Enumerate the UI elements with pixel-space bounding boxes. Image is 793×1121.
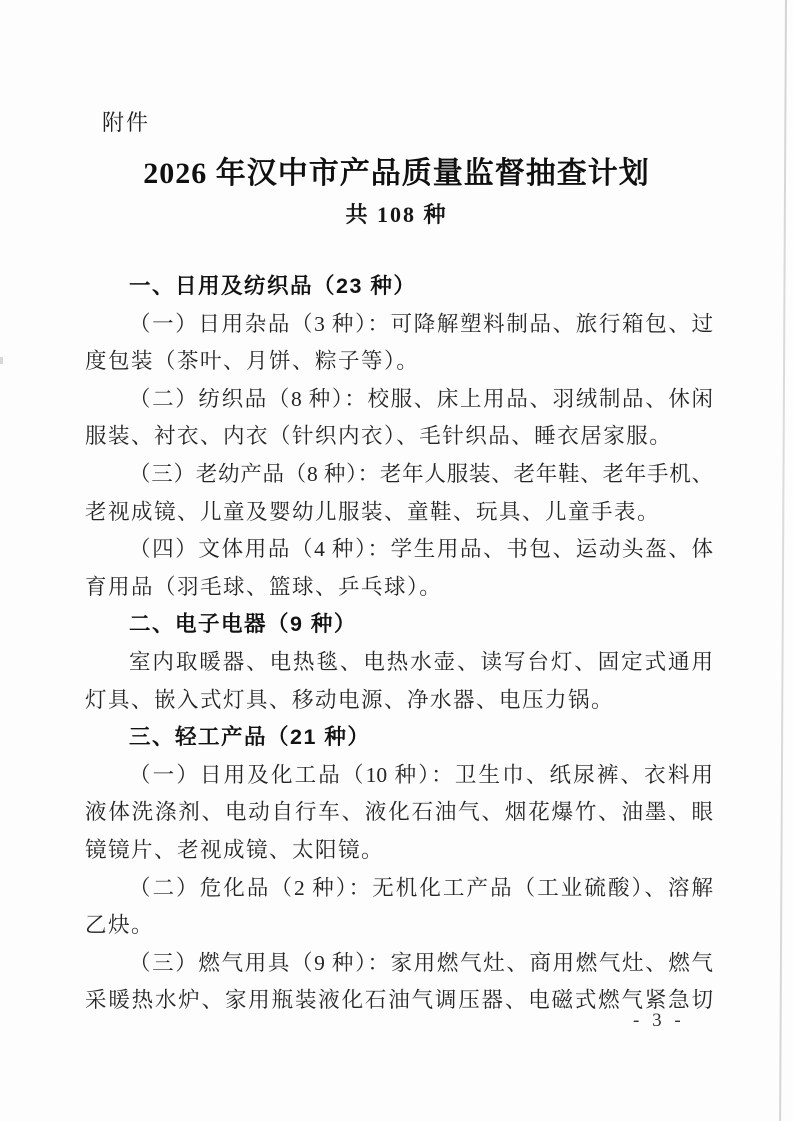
body-line: 室内取暖器、电热毯、电热水壶、读写台灯、固定式通用: [85, 644, 713, 682]
body-line: （四）文体用品（4 种）：学生用品、书包、运动头盔、体: [85, 531, 713, 569]
document-title: 2026 年汉中市产品质量监督抽查计划: [0, 148, 793, 192]
body-line: 乙炔。: [85, 907, 713, 945]
body-line: （三）老幼产品（8 种）：老年人服装、老年鞋、老年手机、: [85, 456, 713, 494]
body-line: 灯具、嵌入式灯具、移动电源、净水器、电压力锅。: [85, 682, 713, 720]
body-line: （一）日用及化工品（10 种）：卫生巾、纸尿裤、衣料用: [85, 757, 713, 795]
body-line: （一）日用杂品（3 种）：可降解塑料制品、旅行箱包、过: [85, 306, 713, 344]
body-line: （二）纺织品（8 种）：校服、床上用品、羽绒制品、休闲: [85, 381, 713, 419]
body-line: 采暖热水炉、家用瓶装液化石油气调压器、电磁式燃气紧急切: [85, 982, 713, 1020]
section-heading: 三、轻工产品（21 种）: [85, 719, 713, 757]
body-line: 度包装（茶叶、月饼、粽子等）。: [85, 343, 713, 381]
scan-speck-artifact: [0, 357, 3, 364]
page-number: - 3 -: [633, 1010, 685, 1032]
section-heading: 二、电子电器（9 种）: [85, 606, 713, 644]
document-subtitle: 共 108 种: [0, 198, 793, 229]
section-heading: 一、日用及纺织品（23 种）: [85, 268, 713, 306]
body-line: 液体洗涤剂、电动自行车、液化石油气、烟花爆竹、油墨、眼: [85, 794, 713, 832]
body-line: （二）危化品（2 种）：无机化工产品（工业硫酸）、溶解: [85, 870, 713, 908]
body-line: 育用品（羽毛球、篮球、乒乓球）。: [85, 569, 713, 607]
body-line: 镜镜片、老视成镜、太阳镜。: [85, 832, 713, 870]
body-line: （三）燃气用具（9 种）：家用燃气灶、商用燃气灶、燃气: [85, 945, 713, 983]
body-lines: 一、日用及纺织品（23 种）（一）日用杂品（3 种）：可降解塑料制品、旅行箱包、…: [85, 268, 713, 1020]
attachment-label: 附件: [102, 106, 150, 137]
body-line: 服装、衬衣、内衣（针织内衣）、毛针织品、睡衣居家服。: [85, 418, 713, 456]
body-line: 老视成镜、儿童及婴幼儿服装、童鞋、玩具、儿童手表。: [85, 494, 713, 532]
document-page: 附件 2026 年汉中市产品质量监督抽查计划 共 108 种 一、日用及纺织品（…: [0, 0, 793, 1121]
